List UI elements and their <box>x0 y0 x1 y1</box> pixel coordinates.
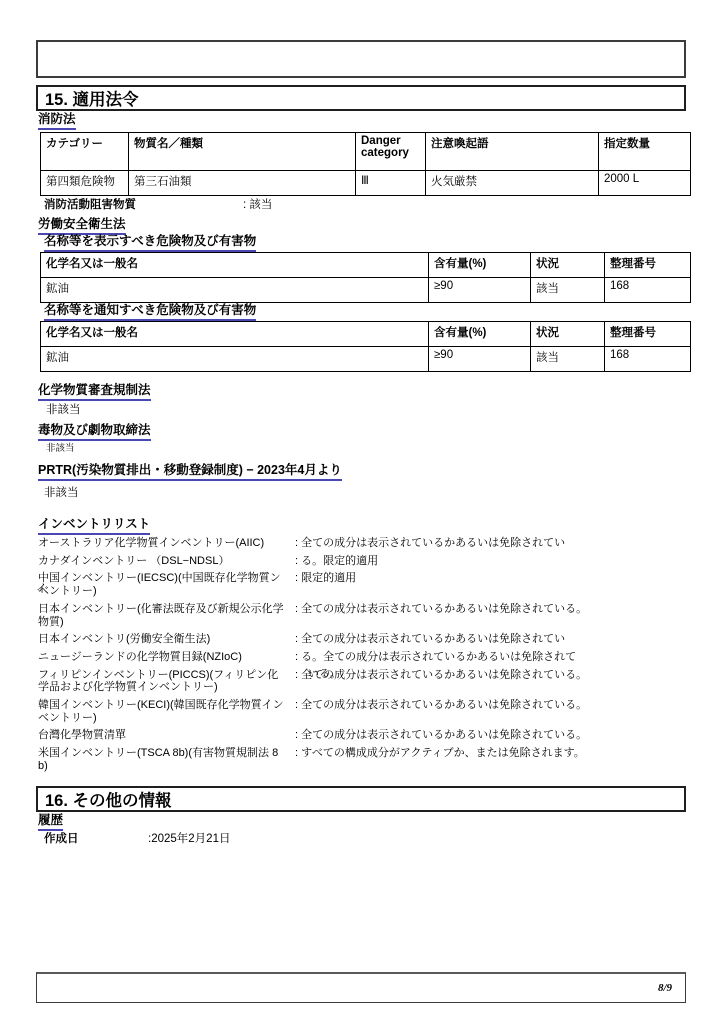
dokugeki-law-heading: 毒物及び劇物取締法 <box>38 424 151 441</box>
inventory-heading: インベントリリスト <box>38 518 150 535</box>
prtr-heading: PRTR(汚染物質排出・移動登録制度) − 2023年4月より <box>38 464 342 481</box>
dokugeki-law-value: 非該当 <box>46 443 75 454</box>
chem-col-name: 化学名又は一般名 <box>41 253 429 278</box>
overlap-glyph: イ <box>36 583 47 596</box>
fire-law-table: カテゴリー 物質名／種類 Danger category 注意喚起語 指定数量 … <box>40 132 691 196</box>
fire-table-header-row: カテゴリー 物質名／種類 Danger category 注意喚起語 指定数量 <box>41 133 691 171</box>
header-box <box>36 40 686 78</box>
inventory-value: : 限定的適用 <box>295 572 356 597</box>
inventory-value: : 全ての成分は表示されているかあるいは免除されている。 <box>295 729 587 742</box>
fire-cell-substance: 第三石油類 <box>129 171 356 196</box>
chem-col-content: 含有量(%) <box>429 322 531 347</box>
inventory-label: 中国インベントリー(IECSC)(中国既存化学物質ンベントリー) イ <box>38 572 288 597</box>
chem-col-name: 化学名又は一般名 <box>41 322 429 347</box>
fire-cell-category: 第四類危険物 <box>41 171 129 196</box>
fire-cell-signal: 火気厳禁 <box>426 171 599 196</box>
fire-col-quantity: 指定数量 <box>599 133 691 171</box>
inventory-label: フィリピンインベントリー(PICCS)(フィリピン化学品および化学物質インベント… <box>38 669 288 694</box>
inventory-label: カナダインベントリー （DSL−NDSL） <box>38 555 288 568</box>
ish-notify-heading: 名称等を通知すべき危険物及び有害物 <box>44 304 256 321</box>
overlap-glyph: いる。 <box>308 668 341 681</box>
inventory-row-tsca: 米国インベントリー(TSCA 8b)(有害物質規制法 8 b) : すべての構成… <box>38 747 686 772</box>
fire-col-substance: 物質名／種類 <box>129 133 356 171</box>
ish-law-heading: 労働安全衛生法 <box>38 218 126 235</box>
inventory-label: 日本インベントリー(化審法既存及び新規公示化学物質) <box>38 603 288 628</box>
section-15-title: 15. 適用法令 <box>36 85 686 111</box>
chem-cell-refno: 168 <box>605 278 691 303</box>
ish-notify-row: 鉱油 ≥90 該当 168 <box>41 347 691 372</box>
fire-table-row: 第四類危険物 第三石油類 Ⅲ 火気厳禁 2000 L <box>41 171 691 196</box>
inventory-value: : る。限定的適用 <box>295 555 378 568</box>
inventory-value: : る。全ての成分は表示されているかあるいは免除されて <box>295 651 576 664</box>
inventory-value: : 全ての成分は表示されているかあるいは免除されている。 いる。 <box>295 669 587 694</box>
inventory-row-taiwan: 台灣化學物質清單 : 全ての成分は表示されているかあるいは免除されている。 <box>38 729 686 742</box>
fire-col-category: カテゴリー <box>41 133 129 171</box>
section-16-title: 16. その他の情報 <box>36 786 686 812</box>
kashin-law-value: 非該当 <box>46 404 81 418</box>
ish-notify-table: 化学名又は一般名 含有量(%) 状況 整理番号 鉱油 ≥90 該当 168 <box>40 321 691 372</box>
history-heading: 履歴 <box>38 814 63 831</box>
inventory-label: オーストラリア化学物質インベントリー(AIIC) <box>38 537 288 550</box>
fire-note-label: 消防活動阻害物質 <box>44 199 136 213</box>
chem-col-content: 含有量(%) <box>429 253 531 278</box>
chem-col-status: 状況 <box>531 253 605 278</box>
inventory-row-nzioc: ニュージーランドの化学物質目録(NZIoC) : る。全ての成分は表示されている… <box>38 651 686 664</box>
inventory-label: 台灣化學物質清單 <box>38 729 288 742</box>
fire-note-value: : 該当 <box>243 199 272 213</box>
creation-date-value: :2025年2月21日 <box>148 833 230 847</box>
ish-display-heading: 名称等を表示すべき危険物及び有害物 <box>44 235 256 252</box>
ish-display-row: 鉱油 ≥90 該当 168 <box>41 278 691 303</box>
ish-notify-header-row: 化学名又は一般名 含有量(%) 状況 整理番号 <box>41 322 691 347</box>
inventory-value: : 全ての成分は表示されているかあるいは免除されてい <box>295 633 565 646</box>
chem-col-refno: 整理番号 <box>605 253 691 278</box>
chem-cell-content: ≥90 <box>429 278 531 303</box>
ish-display-header-row: 化学名又は一般名 含有量(%) 状況 整理番号 <box>41 253 691 278</box>
page-number: 8/9 <box>658 982 672 994</box>
fire-cell-quantity: 2000 L <box>599 171 691 196</box>
inventory-row-keci: 韓国インベントリー(KECI)(韓国既存化学物質インベントリー) : 全ての成分… <box>38 699 686 724</box>
chem-cell-name: 鉱油 <box>41 347 429 372</box>
inventory-row-japan-ish: 日本インベントリ(労働安全衛生法) : 全ての成分は表示されているかあるいは免除… <box>38 633 686 646</box>
inventory-value: : 全ての成分は表示されているかあるいは免除されている。 <box>295 699 587 724</box>
inventory-value: : 全ての成分は表示されているかあるいは免除されてい <box>295 537 565 550</box>
inventory-row-dsl: カナダインベントリー （DSL−NDSL） : る。限定的適用 <box>38 555 686 568</box>
chem-cell-refno: 168 <box>605 347 691 372</box>
sds-page: 15. 適用法令 消防法 カテゴリー 物質名／種類 Danger categor… <box>0 0 722 1024</box>
inventory-row-aiic: オーストラリア化学物質インベントリー(AIIC) : 全ての成分は表示されている… <box>38 537 686 550</box>
chem-col-status: 状況 <box>531 322 605 347</box>
chem-cell-status: 該当 <box>531 278 605 303</box>
kashin-law-heading: 化学物質審査規制法 <box>38 384 151 401</box>
footer-box: 8/9 <box>36 972 686 1003</box>
inventory-label: ニュージーランドの化学物質目録(NZIoC) <box>38 651 288 664</box>
prtr-value: 非該当 <box>44 487 79 501</box>
inventory-row-piccs: フィリピンインベントリー(PICCS)(フィリピン化学品および化学物質インベント… <box>38 669 686 694</box>
chem-cell-content: ≥90 <box>429 347 531 372</box>
inventory-label: 韓国インベントリー(KECI)(韓国既存化学物質インベントリー) <box>38 699 288 724</box>
fire-law-heading: 消防法 <box>38 113 76 130</box>
ish-display-table: 化学名又は一般名 含有量(%) 状況 整理番号 鉱油 ≥90 該当 168 <box>40 252 691 303</box>
fire-col-danger: Danger category <box>356 133 426 171</box>
inventory-label: 米国インベントリー(TSCA 8b)(有害物質規制法 8 b) <box>38 747 288 772</box>
chem-cell-name: 鉱油 <box>41 278 429 303</box>
chem-cell-status: 該当 <box>531 347 605 372</box>
inventory-value: : 全ての成分は表示されているかあるいは免除されている。 <box>295 603 587 628</box>
inventory-row-iecsc: 中国インベントリー(IECSC)(中国既存化学物質ンベントリー) イ : 限定的… <box>38 572 686 597</box>
fire-cell-danger: Ⅲ <box>356 171 426 196</box>
fire-col-signal: 注意喚起語 <box>426 133 599 171</box>
inventory-row-japan-kashin: 日本インベントリー(化審法既存及び新規公示化学物質) : 全ての成分は表示されて… <box>38 603 686 628</box>
chem-col-refno: 整理番号 <box>605 322 691 347</box>
inventory-list: オーストラリア化学物質インベントリー(AIIC) : 全ての成分は表示されている… <box>38 537 686 778</box>
creation-date-label: 作成日 <box>44 833 79 847</box>
inventory-label: 日本インベントリ(労働安全衛生法) <box>38 633 288 646</box>
inventory-value: : すべての構成成分がアクティブか、または免除されます。 <box>295 747 585 772</box>
